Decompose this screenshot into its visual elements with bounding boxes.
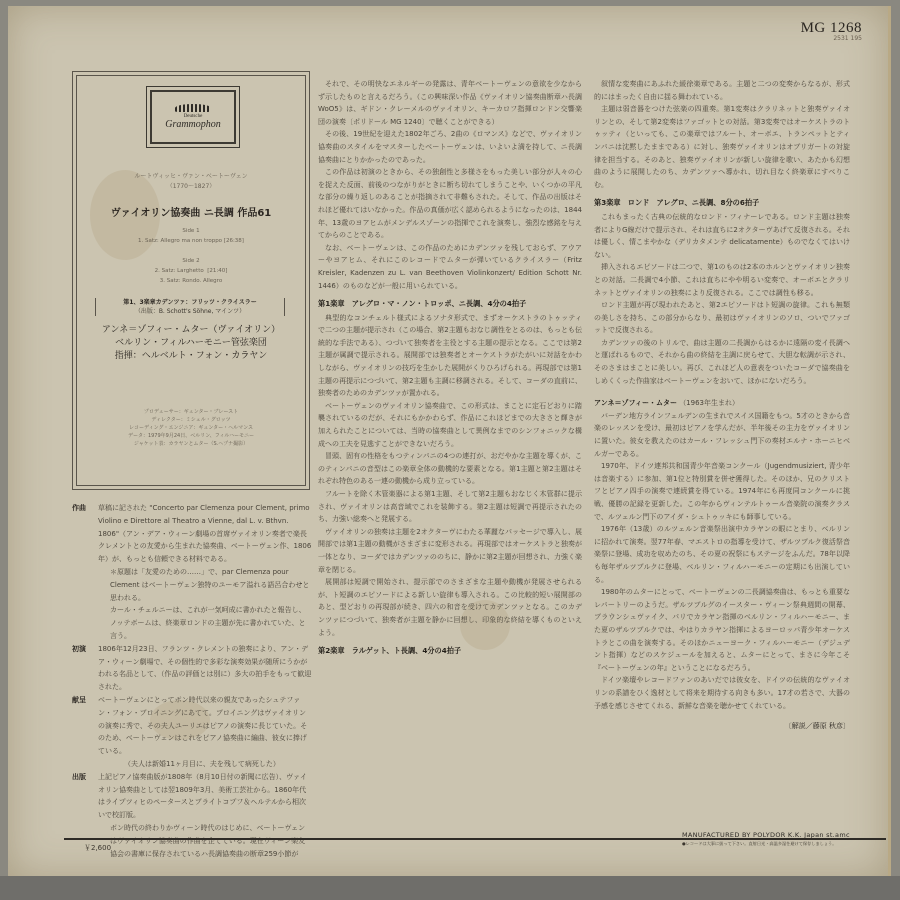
work-facts: 作曲草稿に記された "Concerto par Clemenza pour Cl… (72, 502, 312, 860)
conductor: 指揮：ヘルベルト・フォン・カラヤン (77, 350, 305, 363)
side2-track: 2. Satz: Larghetto (155, 268, 204, 274)
liner-notes-column-3: 叙情な変奏曲にあふれた緩徐楽章である。主題と二つの変奏からなるが、形式的にはまっ… (594, 78, 850, 733)
fact-label: 献呈 (72, 694, 98, 758)
side2: Side 2 2. Satz: Larghetto [21:40] 3. Sat… (77, 256, 305, 286)
paragraph: フルートを除く木管楽器による第1主題、そして第2主題もおなじく木管群に提示され、… (318, 488, 582, 526)
paragraph: 叙情な変奏曲にあふれた緩徐楽章である。主題と二つの変奏からなるが、形式的にはまっ… (594, 78, 850, 103)
paragraph: 冒頭、固有の性格をもつティンパニの4つの連打が、おだやかな主題を導くが、このティ… (318, 450, 582, 488)
paragraph: この作品は初演のときから、その独創性と多様さをもった美しい部分が人々の心を捉えた… (318, 166, 582, 242)
paragraph: ドイツ楽壇やレコードファンのあいだでは彼女を、ドイツの伝統的なヴァイオリンの系譜… (594, 674, 850, 712)
logo-line2: Grammophon (165, 119, 221, 130)
movement1-heading: 第1楽章 アレグロ・マ・ノン・トロッポ、ニ長調、4分の4拍子 (318, 298, 582, 311)
artist-name: アンネ＝ゾフィー・ムター (594, 399, 677, 407)
credit-line: ディレクター：ミシェル・グロッツ (77, 416, 305, 424)
fact-label (72, 604, 98, 642)
paragraph: 挿入されるエピソードは二つで、第1のものは2本のホルンとヴァイオリン独奏との対話… (594, 261, 850, 299)
paragraph: ベートーヴェンのヴァイオリン協奏曲で、この形式は、まことに定石どおりに踏襲されて… (318, 400, 582, 450)
paragraph: 1980年のムターにとって、ベートーヴェンの二長調協奏曲は、もっとも重要なレパー… (594, 586, 850, 674)
paragraph: バーデン地方ラインフェルデンの生まれでスイス国籍をもつ。5才のときから音楽のレッ… (594, 410, 850, 460)
fact-row: 作曲草稿に記された "Concerto par Clemenza pour Cl… (72, 502, 312, 566)
fact-label (72, 758, 98, 771)
paragraph: 典型的なコンチェルト様式によるソナタ形式で、まずオーケストラのトゥッティで二つの… (318, 312, 582, 400)
fact-label: 作曲 (72, 502, 98, 566)
credit-line: ジャケット表：カラヤンとムター（S.ヘプナ撮影） (77, 440, 305, 448)
paragraph: その後、19世紀を迎えた1802年ごろ、2曲の《ロマンス》などで、ヴァイオリン協… (318, 128, 582, 166)
paragraph: 主題は弱音器をつけた弦楽の四重奏。第1変奏はクラリネットと独奏ヴァイオリンとの、… (594, 103, 850, 191)
production-credits: プロデューサー：ギュンター・ブレースト ディレクター：ミシェル・グロッツ レコー… (77, 408, 305, 448)
commentary-author: 〔解説／藤原 秋彦〕 (594, 720, 850, 733)
work-title: ヴァイオリン協奏曲 ニ長調 作品61 (77, 204, 305, 219)
fact-text: 上記ピアノ協奏曲版が1808年（8月10日付の新聞に広告）、ヴァイオリン協奏曲と… (98, 771, 312, 822)
paragraph: ヴァイオリンの独奏は主題を2オクターヴにわたる華麗なパッセージで導入し、展開部で… (318, 526, 582, 576)
side2-track: 3. Satz: Rondo. Allegro (77, 276, 305, 286)
credit-line: レコーディング・エンジニア：ギュンター・ヘルマンス (77, 424, 305, 432)
composer: ルートヴィッヒ・ヴァン・ベートーヴェン （1770〜1827） (77, 172, 305, 192)
fact-text: （夫人は新婚11ヶ月目に、夫を残して病死した） (98, 758, 312, 771)
fact-label: 初演 (72, 643, 98, 694)
side1-label: Side 1 (77, 226, 305, 236)
background-surface (0, 876, 900, 900)
artist-birth-year: （1963年生まれ） (679, 399, 739, 407)
tulip-crown-icon (175, 104, 211, 112)
fact-row: ボン時代の終わりかヴィーン時代のはじめに、ベートーヴェンはヴァイオリン協奏曲の作… (72, 822, 312, 860)
artist-bio-heading: アンネ＝ゾフィー・ムター （1963年生まれ） (594, 397, 850, 410)
price: ￥2,600 (84, 843, 111, 853)
fact-text: ベートーヴェンにとってボン時代以来の親友であったシュテファン・フォン・ブロイニン… (98, 694, 312, 758)
side2-duration: [21:40] (207, 268, 227, 274)
composer-dates: （1770〜1827） (77, 182, 305, 192)
fact-text: 1806年12月23日、フランツ・クレメントの独奏により、アン・デア・ウィーン劇… (98, 643, 312, 694)
fact-label: 出版 (72, 771, 98, 822)
side2-label: Side 2 (77, 256, 305, 266)
paragraph: これもまったく古典の伝統的なロンド・フィナーレである。ロンド主題は独奏者によりG… (594, 211, 850, 261)
paragraph: カデンツァの後のトリルで、曲は主題の二長調からはるかに遠隔の変イ長調へと運ばれる… (594, 337, 850, 387)
manufacturer: MANUFACTURED BY POLYDOR K.K. Japan st.am… (682, 831, 850, 839)
fact-label (72, 566, 98, 604)
care-note: ●レコードは大事に扱って下さい。直射日光・高温多湿を避けて保存しましょう。 (682, 841, 836, 847)
catalog-number: MG 1268 2531 195 (801, 20, 862, 42)
performers: アンネ＝ゾフィー・ムター（ヴァイオリン） ベルリン・フィルハーモニー管弦楽団 指… (77, 324, 305, 363)
credit-line: プロデューサー：ギュンター・ブレースト (77, 408, 305, 416)
fact-row: カール・チェルニーは、これが一気呵成に書かれたと報告し、ノッテボームは、終楽章ロ… (72, 604, 312, 642)
orchestra: ベルリン・フィルハーモニー管弦楽団 (77, 337, 305, 350)
paragraph: 展開部は短調で開始され、提示部でのさまざまな主題や動機が発展させられるが、ト短調… (318, 576, 582, 639)
paragraph: 1976年（13歳）のルツェルン音楽祭出演中カラヤンの眼にとまり、ベルリンに招か… (594, 523, 850, 586)
paragraph: 1970年、ドイツ連邦共和国青少年音楽コンクール（Jugendmusiziert… (594, 460, 850, 523)
cadenza-line1: 第1、3楽章カデンツァ：フリッツ・クライスラー (123, 299, 256, 306)
soloist: アンネ＝ゾフィー・ムター（ヴァイオリン） (77, 324, 305, 337)
fact-row: 献呈ベートーヴェンにとってボン時代以来の親友であったシュテファン・フォン・ブロイ… (72, 694, 312, 758)
side1: Side 1 1. Satz: Allegro ma non troppo [2… (77, 226, 305, 246)
paragraph: それで、その明快なエネルギーの発露は、青年ベートーヴェンの意欲を少なからず示した… (318, 78, 582, 128)
fact-text: 草稿に記された "Concerto par Clemenza pour Clem… (98, 502, 312, 566)
cover-panel: Deutsche Grammophon ルートヴィッヒ・ヴァン・ベートーヴェン … (76, 75, 306, 486)
fact-row: （夫人は新婚11ヶ月目に、夫を残して病死した） (72, 758, 312, 771)
liner-notes-column-2: それで、その明快なエネルギーの発露は、青年ベートーヴェンの意欲を少なからず示した… (318, 78, 582, 659)
movement2-heading: 第2楽章 ラルゲット、ト長調、4分の4拍子 (318, 645, 582, 658)
fact-row: 初演1806年12月23日、フランツ・クレメントの独奏により、アン・デア・ウィー… (72, 643, 312, 694)
paragraph: なお、ベートーヴェンは、この作品のためにカデンツァを残しておらず、アウアーやヨア… (318, 242, 582, 292)
deutsche-grammophon-logo: Deutsche Grammophon (150, 90, 236, 144)
movement3-heading: 第3楽章 ロンド アレグロ、ニ長調、8分の6拍子 (594, 197, 850, 210)
cadenza-line2: （出版：B. Schott's Söhne, マインツ） (100, 307, 280, 316)
fact-row: ＊原題は「友愛のための……」で、par Clemenza pour Clemen… (72, 566, 312, 604)
fact-row: 出版上記ピアノ協奏曲版が1808年（8月10日付の新聞に広告）、ヴァイオリン協奏… (72, 771, 312, 822)
credit-line: データ：1979年9月24日、ベルリン、フィルハーモニー (77, 432, 305, 440)
fact-text: カール・チェルニーは、これが一気呵成に書かれたと報告し、ノッテボームは、終楽章ロ… (98, 604, 312, 642)
fact-text: ボン時代の終わりかヴィーン時代のはじめに、ベートーヴェンはヴァイオリン協奏曲の作… (98, 822, 312, 860)
side1-track: 1. Satz: Allegro ma non troppo [26:38] (77, 236, 305, 246)
composer-name: ルートヴィッヒ・ヴァン・ベートーヴェン (77, 172, 305, 182)
cadenza-note: 第1、3楽章カデンツァ：フリッツ・クライスラー （出版：B. Schott's … (95, 298, 285, 316)
paragraph: ロンド主題が再び現われたあと、第2エピソードはト短調の旋律。これも無類の美しさを… (594, 299, 850, 337)
fact-text: ＊原題は「友愛のための……」で、par Clemenza pour Clemen… (98, 566, 312, 604)
fact-label (72, 822, 98, 860)
